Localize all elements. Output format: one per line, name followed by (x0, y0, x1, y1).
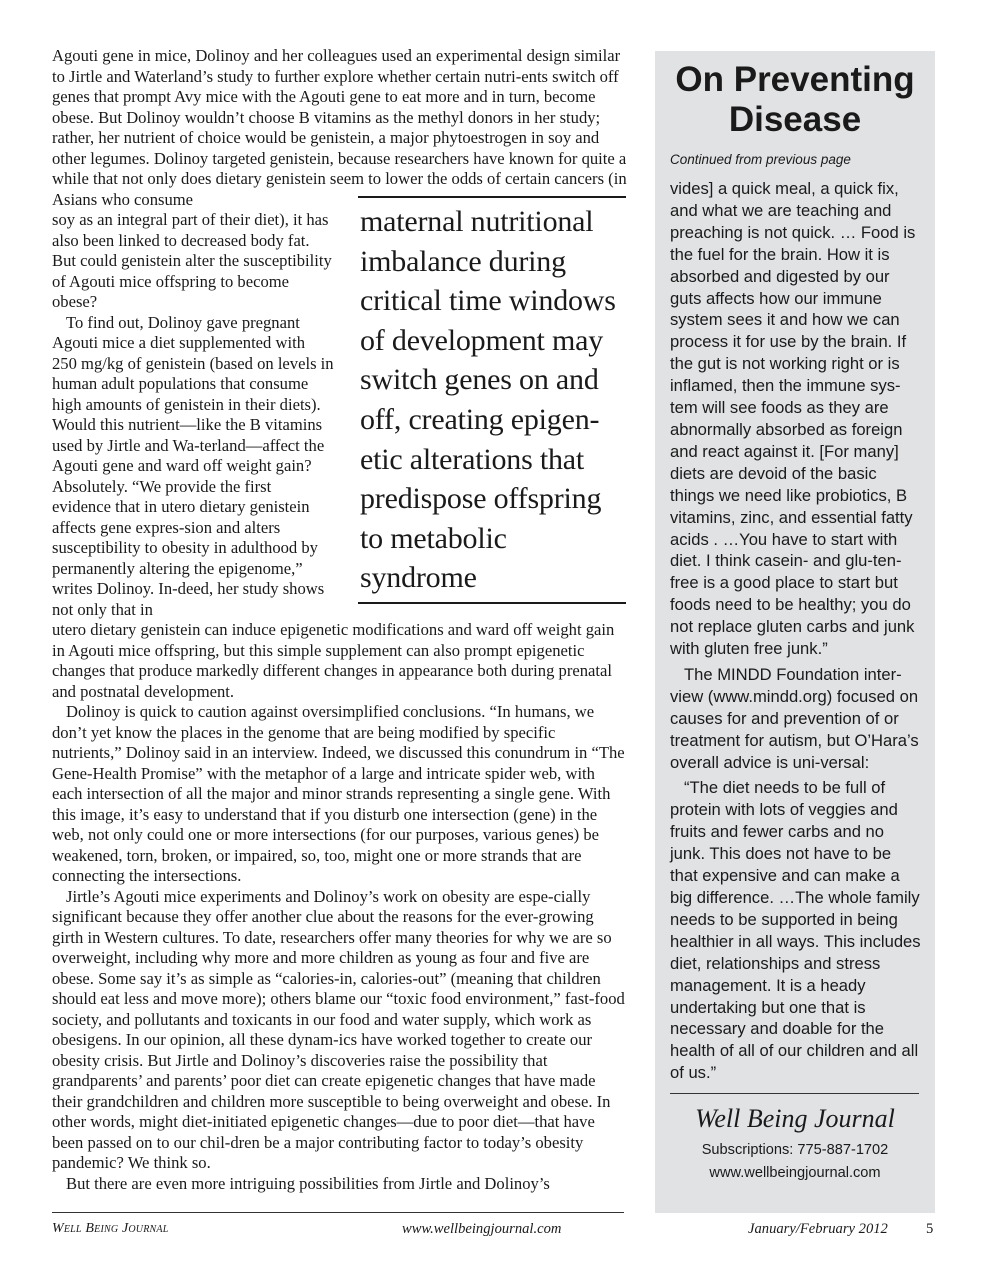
article-paragraph: Jirtle’s Agouti mice experiments and Dol… (52, 887, 628, 1174)
article-paragraph: soy as an integral part of their diet), … (52, 210, 334, 313)
pull-quote: maternal nutritional imbalance during cr… (358, 196, 626, 604)
sidebar-title-line: On Preventing (655, 60, 935, 100)
pull-quote-section: soy as an integral part of their diet), … (52, 210, 628, 620)
sidebar-divider (670, 1093, 919, 1094)
sidebar-paragraph: The MINDD Foundation inter-view (www.min… (670, 664, 921, 774)
continued-note: Continued from previous page (670, 152, 935, 167)
article-paragraph: Agouti gene in mice, Dolinoy and her col… (52, 46, 628, 210)
pull-quote-text: maternal nutritional imbalance during cr… (358, 198, 626, 602)
article-paragraph: utero dietary genistein can induce epige… (52, 620, 628, 702)
journal-website-link[interactable]: www.wellbeingjournal.com (655, 1165, 935, 1181)
article-body: Agouti gene in mice, Dolinoy and her col… (52, 46, 628, 1194)
footer-issue-date: January/February 2012 (748, 1221, 888, 1238)
subscriptions-phone: Subscriptions: 775-887-1702 (655, 1142, 935, 1158)
article-paragraph: To find out, Dolinoy gave pregnant Agout… (52, 313, 334, 621)
narrow-column: soy as an integral part of their diet), … (52, 210, 334, 620)
sidebar-title-line: Disease (655, 100, 935, 140)
sidebar-paragraph: “The diet needs to be full of protein wi… (670, 777, 921, 1084)
sidebar-body: vides] a quick meal, a quick fix, and wh… (670, 178, 921, 1084)
footer-publication: Well Being Journal (52, 1221, 168, 1237)
journal-name: Well Being Journal (655, 1104, 935, 1134)
sidebar-title: On Preventing Disease (655, 60, 935, 140)
page-number: 5 (926, 1221, 933, 1238)
footer-website-link[interactable]: www.wellbeingjournal.com (402, 1221, 561, 1238)
article-paragraph: But there are even more intriguing possi… (52, 1174, 628, 1195)
article-paragraph: Dolinoy is quick to caution against over… (52, 702, 628, 887)
sidebar-paragraph: vides] a quick meal, a quick fix, and wh… (670, 178, 921, 660)
pull-quote-bottom-rule (358, 602, 626, 604)
sidebar-box: On Preventing Disease Continued from pre… (655, 51, 935, 1213)
footer-divider (52, 1212, 624, 1213)
